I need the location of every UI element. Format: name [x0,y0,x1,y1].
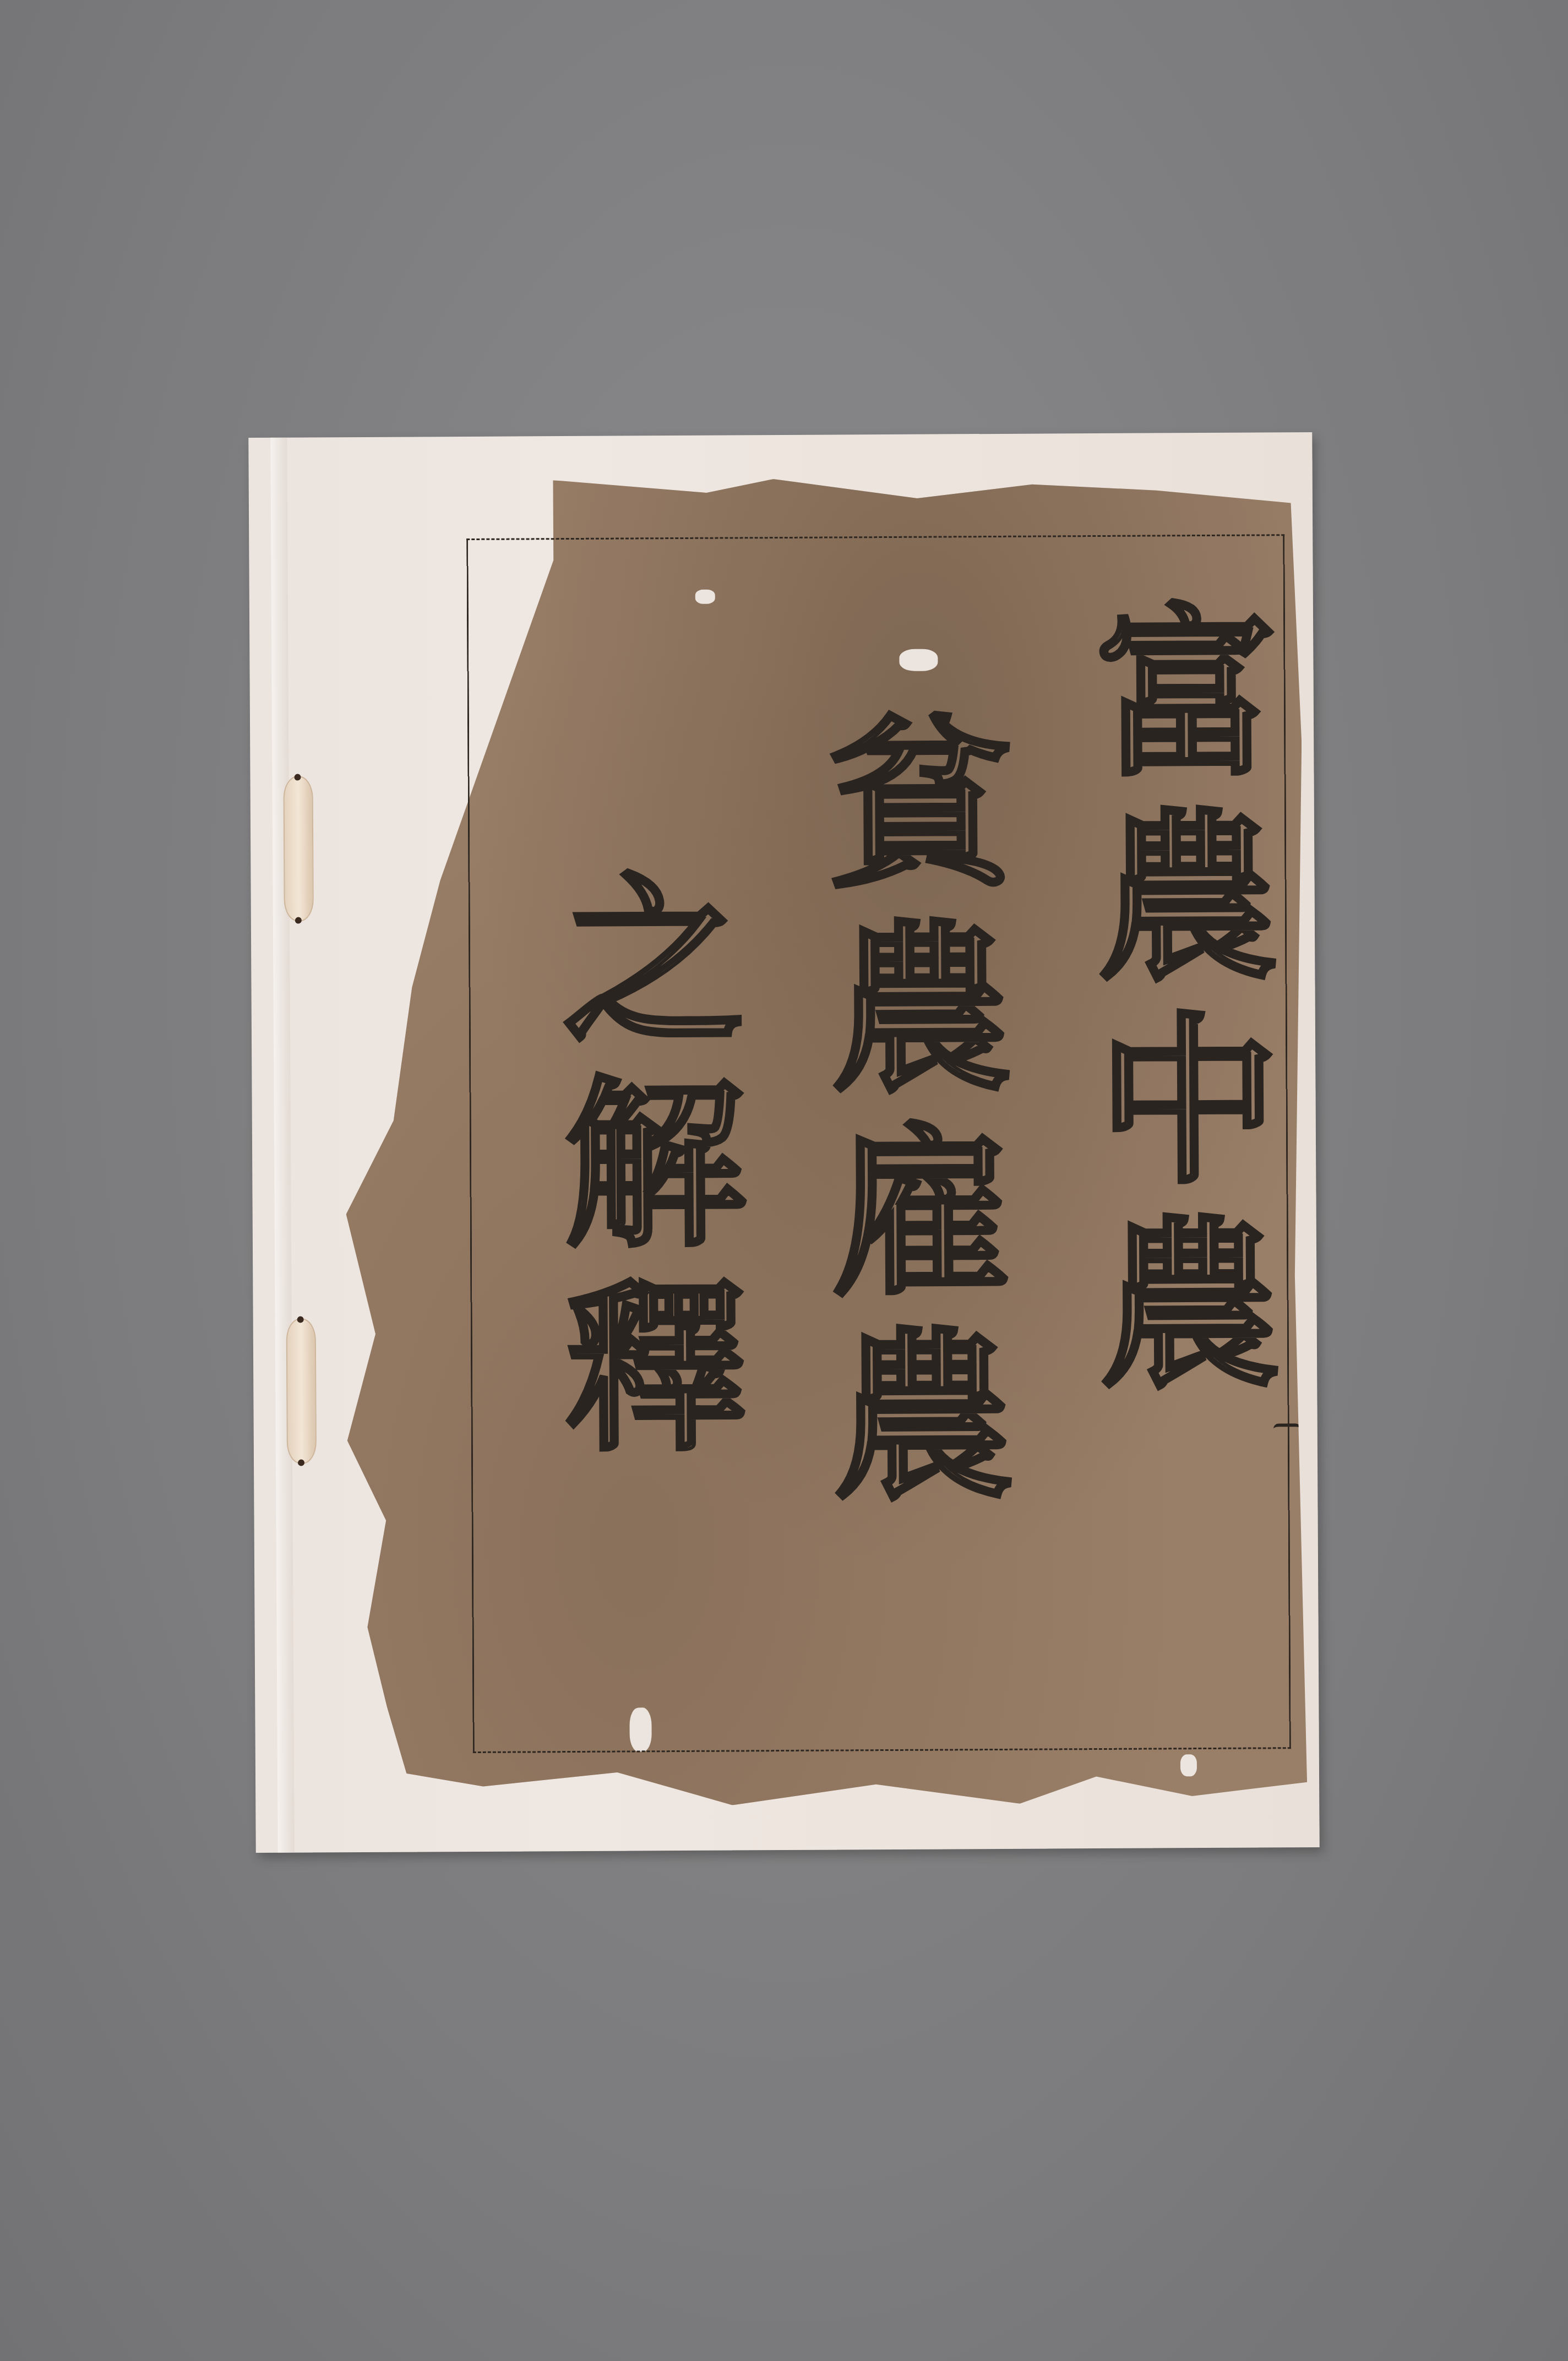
spine-fold [270,438,294,1853]
binding-stitch-bottom [286,1318,317,1464]
title-column-3: 之解釋 [548,865,734,1675]
title-column-1: 富農中農 [1081,597,1268,1672]
booklet-cover: 富農中農 貧農雇農 之解釋 [248,432,1319,1853]
title-column-2: 貧農雇農 [814,709,1001,1674]
paper-hole [1180,1754,1197,1776]
cover-title: 富農中農 貧農雇農 之解釋 [547,597,1268,1675]
binding-stitch-top [284,776,314,921]
